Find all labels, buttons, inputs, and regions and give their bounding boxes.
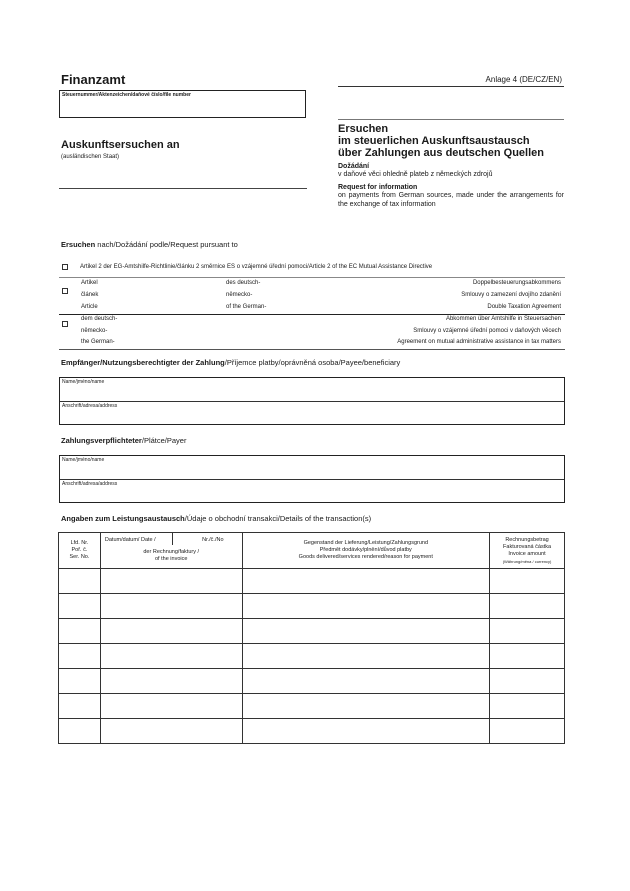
cell-goods[interactable]: [242, 719, 490, 744]
cell-date-number[interactable]: [100, 669, 242, 694]
request-cz-heading: Dožádání: [338, 163, 564, 170]
dta-col1: Article: [81, 304, 98, 310]
cell-serial[interactable]: [59, 694, 101, 719]
cell-amount[interactable]: [490, 669, 565, 694]
header-date: Datum/datum/ Date /: [105, 537, 156, 544]
request-en-heading: Request for information: [338, 184, 564, 191]
table-row: [59, 644, 565, 669]
payee-address-label: Anschrift/adresa/address: [62, 403, 117, 409]
header-line: Poř. č.: [59, 547, 100, 554]
col-amount-header: Rechnungsbetrag Fakturovaná částka Invoi…: [490, 533, 565, 569]
cell-serial[interactable]: [59, 644, 101, 669]
payer-address-label: Anschrift/adresa/address: [62, 481, 117, 487]
divider: [338, 86, 564, 87]
request-en-text: on payments from German sources, made un…: [338, 191, 564, 209]
header-number: Nr./č./No: [202, 537, 223, 544]
file-number-field[interactable]: Steuernummer/Aktenzeichen/daňové číslo/f…: [59, 90, 306, 118]
addressee-title: Auskunftsersuchen an: [61, 139, 180, 151]
header-line: Gegenstand der Lieferung/Leistung/Zahlun…: [243, 540, 490, 547]
payee-name-label: Name/jméno/name: [62, 379, 104, 385]
header-line: Ser. No.: [59, 554, 100, 561]
payee-name-field[interactable]: Name/jméno/name: [60, 378, 564, 401]
dta-col3: Smlouvy o zamezení dvojího zdanění: [461, 292, 561, 298]
cell-date-number[interactable]: [100, 569, 242, 594]
dta-col2: des deutsch-: [226, 280, 260, 286]
payer-heading: Zahlungsverpflichteter/Plátce/Payer: [61, 436, 186, 445]
divider: [172, 533, 173, 545]
payer-name-field[interactable]: Name/jméno/name: [60, 456, 564, 479]
dta-col2: německo-: [226, 292, 252, 298]
table-row: [59, 594, 565, 619]
col-goods-header: Gegenstand der Lieferung/Leistung/Zahlun…: [242, 533, 490, 569]
payee-box: Name/jméno/name Anschrift/adresa/address: [59, 377, 565, 425]
header-line: Rechnungsbetrag: [490, 537, 564, 544]
cell-goods[interactable]: [242, 669, 490, 694]
option-eu-directive-label: Artikel 2 der EG-Amtshilfe-Richtlinie/čl…: [80, 264, 432, 270]
header-line: Předmět dodávky/plnění/důvod platby: [243, 547, 490, 554]
header-line: der Rechnung/faktury /: [101, 549, 242, 556]
cell-amount[interactable]: [490, 719, 565, 744]
cell-amount[interactable]: [490, 694, 565, 719]
cell-date-number[interactable]: [100, 694, 242, 719]
maa-col1: the German-: [81, 339, 115, 345]
payer-heading-rest: /Plátce/Payer: [142, 436, 187, 445]
request-title-block: Ersuchen im steuerlichen Auskunftsaustau…: [338, 123, 564, 209]
header-line: Invoice amount: [490, 551, 564, 558]
maa-col1: dem deutsch-: [81, 316, 117, 322]
maa-col3: Smlouvy o vzájemné úřední pomoci v daňov…: [413, 328, 561, 334]
annex-label: Anlage 4 (DE/CZ/EN): [430, 75, 562, 84]
pursuant-heading: Ersuchen nach/Dožádání podle/Request pur…: [61, 240, 238, 249]
dta-col3: Doppelbesteuerungsabkommens: [473, 280, 561, 286]
divider: [59, 277, 565, 278]
cell-amount[interactable]: [490, 569, 565, 594]
dta-col1: Artikel: [81, 280, 98, 286]
payee-heading-rest: /Příjemce platby/oprávněná osoba/Payee/b…: [225, 358, 401, 367]
transactions-heading: Angaben zum Leistungsaustausch/Údaje o o…: [61, 514, 371, 523]
table-row: [59, 569, 565, 594]
payer-box: Name/jméno/name Anschrift/adresa/address: [59, 455, 565, 503]
cell-date-number[interactable]: [100, 594, 242, 619]
cell-serial[interactable]: [59, 669, 101, 694]
maa-col1: německo-: [81, 328, 107, 334]
checkbox-dta[interactable]: [62, 288, 68, 294]
transactions-heading-bold: Angaben zum Leistungsaustausch: [61, 514, 185, 523]
table-row: [59, 694, 565, 719]
header-line: of the invoice: [101, 556, 242, 563]
col-date-number-header: Datum/datum/ Date / Nr./č./No der Rechnu…: [100, 533, 242, 569]
payer-heading-bold: Zahlungsverpflichteter: [61, 436, 142, 445]
payee-heading: Empfänger/Nutzungsberechtigter der Zahlu…: [61, 358, 400, 367]
cell-amount[interactable]: [490, 594, 565, 619]
payee-heading-bold: Empfänger/Nutzungsberechtigter der Zahlu…: [61, 358, 225, 367]
header-line: Lfd. Nr.: [59, 540, 100, 547]
cell-goods[interactable]: [242, 619, 490, 644]
cell-date-number[interactable]: [100, 644, 242, 669]
dta-col1: článek: [81, 292, 98, 298]
cell-amount[interactable]: [490, 644, 565, 669]
request-title-line: im steuerlichen Auskunftsaustausch: [338, 135, 564, 147]
transactions-heading-rest: /Údaje o obchodní transakci/Details of t…: [185, 514, 371, 523]
pursuant-heading-bold: Ersuchen: [61, 240, 95, 249]
request-cz-text: v daňové věci ohledně plateb z německých…: [338, 170, 564, 179]
header-line: Goods delivered/services rendered/reason…: [243, 554, 490, 561]
transactions-table: Lfd. Nr. Poř. č. Ser. No. Datum/datum/ D…: [58, 532, 565, 744]
office-label: Finanzamt: [61, 72, 125, 87]
dta-col3: Double Taxation Agreement: [487, 304, 561, 310]
maa-col3: Agreement on mutual administrative assis…: [397, 339, 561, 345]
checkbox-admin-assistance[interactable]: [62, 321, 68, 327]
divider: [59, 314, 565, 315]
cell-goods[interactable]: [242, 569, 490, 594]
request-title-line: Ersuchen: [338, 123, 564, 135]
header-currency: (Währung/měna / currency): [490, 558, 564, 565]
table-row: [59, 719, 565, 744]
request-title-line: über Zahlungen aus deutschen Quellen: [338, 147, 564, 159]
cell-goods[interactable]: [242, 644, 490, 669]
cell-amount[interactable]: [490, 619, 565, 644]
cell-date-number[interactable]: [100, 619, 242, 644]
cell-serial[interactable]: [59, 594, 101, 619]
maa-col3: Abkommen über Amtshilfe in Steuersachen: [446, 316, 561, 322]
pursuant-heading-rest: nach/Dožádání podle/Request pursuant to: [95, 240, 238, 249]
addressee-line: [59, 188, 307, 189]
payer-name-label: Name/jméno/name: [62, 457, 104, 463]
divider: [59, 349, 565, 350]
checkbox-eu-directive[interactable]: [62, 264, 68, 270]
table-row: [59, 669, 565, 694]
dta-col2: of the German-: [226, 304, 266, 310]
col-serial-header: Lfd. Nr. Poř. č. Ser. No.: [59, 533, 101, 569]
payee-address-field[interactable]: Anschrift/adresa/address: [60, 401, 564, 424]
header-line: Fakturovaná částka: [490, 544, 564, 551]
cell-serial[interactable]: [59, 619, 101, 644]
cell-serial[interactable]: [59, 719, 101, 744]
cell-serial[interactable]: [59, 569, 101, 594]
cell-date-number[interactable]: [100, 719, 242, 744]
table-row: [59, 619, 565, 644]
cell-goods[interactable]: [242, 694, 490, 719]
payer-address-field[interactable]: Anschrift/adresa/address: [60, 479, 564, 502]
cell-goods[interactable]: [242, 594, 490, 619]
addressee-subtitle: (ausländischen Staat): [61, 154, 119, 160]
file-number-label: Steuernummer/Aktenzeichen/daňové číslo/f…: [62, 92, 191, 98]
divider: [338, 119, 564, 120]
